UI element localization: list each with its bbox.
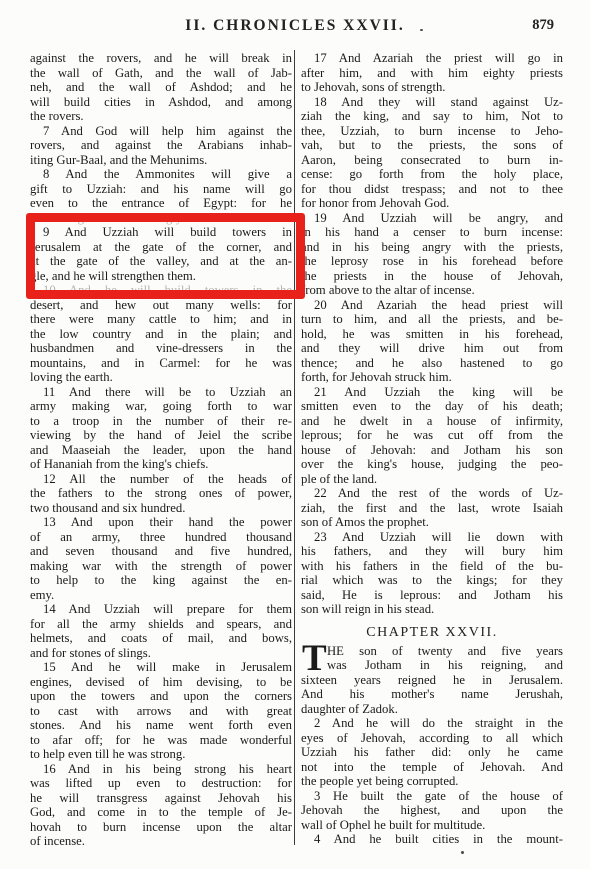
left-text-column: against the rovers, and he will break in… <box>30 51 292 849</box>
page-number: 879 <box>532 17 554 34</box>
text-line: ziah, the first and the last, wrote Isai… <box>301 501 563 516</box>
text-line: for all the army shields and spears, and <box>30 617 292 632</box>
text-line: from above to the altar of incense. <box>301 283 563 298</box>
text-line: 9 And Uzziah will build towers in <box>30 225 292 240</box>
text-line: to afar off; for he was made wonderful <box>30 733 292 748</box>
text-line: 23 And Uzziah will lie down with <box>301 530 563 545</box>
drop-cap-letter: T <box>302 645 327 673</box>
text-line: there were many cattle to him; and in <box>30 312 292 327</box>
text-line: 21 And Uzziah the king will be <box>301 385 563 400</box>
text-line: in his hand a censer to burn incense: <box>301 225 563 240</box>
text-line: and seven thousand and five hundred, <box>30 544 292 559</box>
column-divider-rule <box>294 50 295 845</box>
chapter-opening-paragraph: T HE son of twenty and five yearswas Jot… <box>301 644 563 847</box>
scan-speck <box>461 851 464 854</box>
text-line: rovers, and against the Arabians inhab- <box>30 138 292 153</box>
text-line: 8 And the Ammonites will give a <box>30 167 292 182</box>
scan-speck <box>420 29 423 31</box>
text-line: 22 And the rest of the words of Uz- <box>301 486 563 501</box>
text-line: upon the towers and upon the corners <box>30 689 292 704</box>
text-line: HE son of twenty and five years <box>301 644 563 659</box>
text-line: 4 And he built cities in the mount- <box>301 832 563 847</box>
text-line: engines, devised of him devising, to be <box>30 675 292 690</box>
text-line: the people yet being corrupted. <box>301 774 563 789</box>
text-line: ziah the king, and say to him, Not to <box>301 109 563 124</box>
text-line: to Jehovah, sons of strength. <box>301 80 563 95</box>
text-line: to help to the king against the en- <box>30 573 292 588</box>
text-line: forth, for Jehovah struck him. <box>301 370 563 385</box>
text-line: daughter of Zadok. <box>301 702 563 717</box>
right-column-lines-top: 17 And Azariah the priest will go inafte… <box>301 51 563 617</box>
text-line: vah, but to the priests, the sons of <box>301 138 563 153</box>
text-line: house of Jehovah: and Jotham his son <box>301 443 563 458</box>
text-line: the low country and in the plain; and <box>30 327 292 342</box>
text-line: of incense. <box>30 834 292 849</box>
text-line: and in his being angry with the priests, <box>301 240 563 255</box>
text-line: and he dwelt in a house of infirmity, <box>301 414 563 429</box>
running-header-title: II. CHRONICLES XXVII. <box>0 17 590 35</box>
text-line: to cast with arrows and with great <box>30 704 292 719</box>
text-line: after him, and with him eighty priests <box>301 66 563 81</box>
text-line: even to the entrance of Egypt: for he <box>30 196 292 211</box>
text-line: ple of the land. <box>301 472 563 487</box>
text-line: was Jotham in his reigning, and <box>301 658 563 673</box>
text-line: wall of Ophel he built for multitude. <box>301 818 563 833</box>
left-column-lines: against the rovers, and he will break in… <box>30 51 292 849</box>
text-line: the wall of Gath, and the wall of Jab- <box>30 66 292 81</box>
text-line: sixteen years reigned he in Jerusalem. <box>301 673 563 688</box>
right-column-lines-bottom: HE son of twenty and five yearswas Jotha… <box>301 644 563 847</box>
text-line: at the gate of the valley, and at the an… <box>30 254 292 269</box>
text-line: husbandmen and vine-dressers in the <box>30 341 292 356</box>
text-line: stones. And his name went forth even <box>30 718 292 733</box>
text-line: 19 And Uzziah will be angry, and <box>301 211 563 226</box>
text-line: hold, he was smitten in his forehead, <box>301 327 563 342</box>
text-line: 17 And Azariah the priest will go in <box>301 51 563 66</box>
text-line: 13 And upon their hand the power <box>30 515 292 530</box>
text-line: And his mother's name Jerushah, <box>301 687 563 702</box>
text-line: 20 And Azariah the head priest will <box>301 298 563 313</box>
text-line: 3 He built the gate of the house of <box>301 789 563 804</box>
text-line: emy. <box>30 588 292 603</box>
text-line: not into the temple of Jehovah. And <box>301 760 563 775</box>
text-line: 11 And there will be to Uzziah an <box>30 385 292 400</box>
text-line: desert, and hew out many wells: for <box>30 298 292 313</box>
text-line: gle, and he will strengthen them. <box>30 269 292 284</box>
text-line: to a troop in the number of their re- <box>30 414 292 429</box>
text-line: son of Amos the prophet. <box>301 515 563 530</box>
text-line: neh, and the wall of Ashdod; and he <box>30 80 292 95</box>
text-line: of Hananiah from the king's chiefs. <box>30 457 292 472</box>
text-line: hovah to burn incense upon the altar <box>30 820 292 835</box>
text-line: army making war, going forth to war <box>30 399 292 414</box>
text-line: 2 And he will do the straight in the <box>301 716 563 731</box>
text-line: smitten even to the day of his death; <box>301 399 563 414</box>
text-line: against the rovers, and he will break in <box>30 51 292 66</box>
text-line: for honor from Jehovah God. <box>301 196 563 211</box>
text-line: to help even till he was strong. <box>30 747 292 762</box>
text-line: making war with the strength of power <box>30 559 292 574</box>
text-line: iting Gur-Baal, and the Mehunims. <box>30 153 292 168</box>
text-line: and Maaseiah the leader, upon the hand <box>30 443 292 458</box>
text-line: 12 All the number of the heads of <box>30 472 292 487</box>
text-line: turn to him, and all the priests, and be… <box>301 312 563 327</box>
text-line: the fathers to the strong ones of power, <box>30 486 292 501</box>
text-line: will build cities in Ashdod, and among <box>30 95 292 110</box>
text-line: helmets, and coats of mail, and bows, <box>30 631 292 646</box>
text-line: thence; and he also hastened to go <box>301 356 563 371</box>
text-line: the rovers. <box>30 109 292 124</box>
text-line: Jehovah the highest, and upon the <box>301 803 563 818</box>
text-line: eyes of Jehovah, according to all which <box>301 731 563 746</box>
text-line: with his fathers in the field of the bu- <box>301 559 563 574</box>
text-line: was lifted up even to destruction: for <box>30 776 292 791</box>
text-line: loving the earth. <box>30 370 292 385</box>
text-line: 14 And Uzziah will prepare for them <box>30 602 292 617</box>
text-line: Jerusalem at the gate of the corner, and <box>30 240 292 255</box>
text-line: the leprosy rose in his forehead before <box>301 254 563 269</box>
text-line: two thousand and six hundred. <box>30 501 292 516</box>
text-line: and they will drive him out from <box>301 341 563 356</box>
text-line: 18 And they will stand against Uz- <box>301 95 563 110</box>
text-line: thee, Uzziah, to burn incense to Jeho- <box>301 124 563 139</box>
text-line: Aaron, being consecrated to burn in- <box>301 153 563 168</box>
text-line: the priests in the house of Jehovah, <box>301 269 563 284</box>
text-line: son will reign in his stead. <box>301 602 563 617</box>
text-line: rial which was to the kings; for they <box>301 573 563 588</box>
text-line: he will transgress against Jehovah his <box>30 791 292 806</box>
text-line: 15 And he will make in Jerusalem <box>30 660 292 675</box>
chapter-heading: CHAPTER XXVII. <box>301 617 563 644</box>
text-line: mountains, and in Carmel: for he was <box>30 356 292 371</box>
text-line: God, and come in to the temple of Je- <box>30 805 292 820</box>
right-text-column: 17 And Azariah the priest will go inafte… <box>301 51 563 847</box>
text-line: said, He is leprous: and Jotham his <box>301 588 563 603</box>
text-line: leprous; for he was cut off from the <box>301 428 563 443</box>
text-line: cense: go forth from the holy place, <box>301 167 563 182</box>
text-line: Uzziah his father did: only he came <box>301 745 563 760</box>
text-line: viewing by the hand of Jeiel the scribe <box>30 428 292 443</box>
text-line: of an army, three hundred thousand <box>30 530 292 545</box>
text-line: his fathers, and they will bury him <box>301 544 563 559</box>
text-line: over the king's house, judging the peo- <box>301 457 563 472</box>
text-line: 16 And in his being strong his heart <box>30 762 292 777</box>
text-line: gift to Uzziah: and his name will go <box>30 182 292 197</box>
text-line: 7 And God will help him against the <box>30 124 292 139</box>
text-line: 10 And he will build towers in the <box>30 283 292 298</box>
scanned-book-page: II. CHRONICLES XXVII. 879 against the ro… <box>0 0 590 869</box>
text-line: was strengthened exceedingly. <box>30 211 292 226</box>
text-line: for thou didst trespass; and not to thee <box>301 182 563 197</box>
text-line: and for stones of slings. <box>30 646 292 661</box>
